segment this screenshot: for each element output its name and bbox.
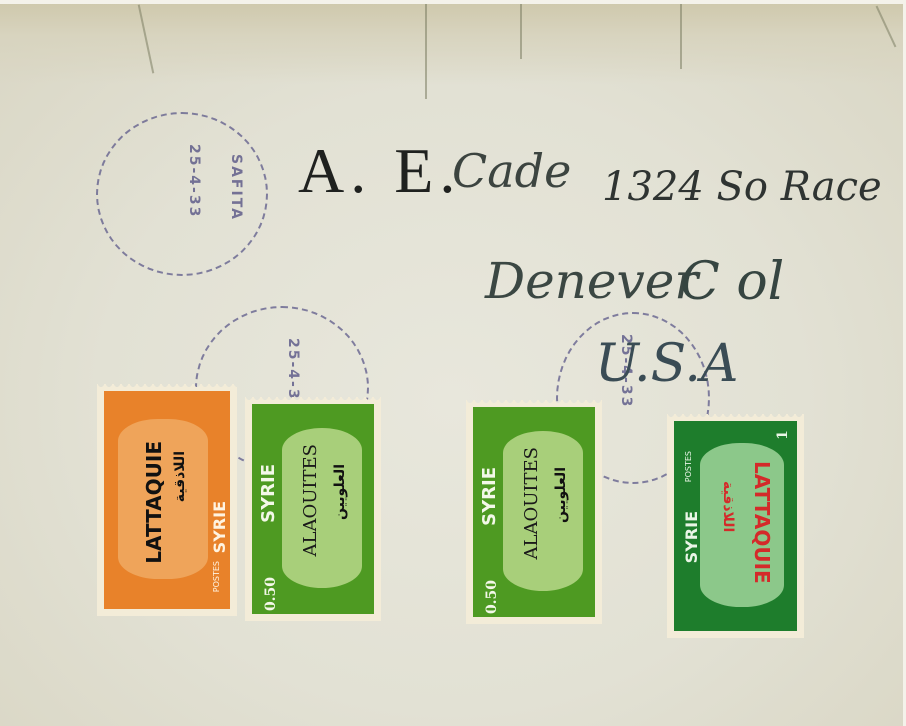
- stamp-alaouites-green: SYRIE ALAOUITES العلويين 0.50: [245, 397, 381, 621]
- stamp-vignette: [503, 431, 583, 591]
- postmark: SAFITA 25-4-33: [96, 112, 268, 276]
- stamp-frame: SYRIE POSTES LATTAQUIE اللاذقية: [104, 391, 230, 609]
- stamp-vignette: [282, 428, 362, 588]
- top-stain: [0, 4, 903, 84]
- stamp-country: SYRIE: [210, 501, 229, 553]
- stamp-overprint-arabic: اللاذقية: [172, 451, 188, 502]
- address-country: U.S.A: [595, 334, 738, 394]
- crease: [425, 4, 427, 99]
- stamp-country: SYRIE: [682, 511, 701, 563]
- crease: [520, 4, 522, 59]
- address-city: Denever: [485, 252, 698, 310]
- stamp-value: 1: [775, 430, 791, 440]
- stamp-overprint: LATTAQUIE: [142, 441, 166, 564]
- stamp-overprint-arabic: العلويين: [553, 467, 569, 523]
- postmark-date: 25-4-33: [186, 144, 202, 218]
- stamp-lattaquie-orange: SYRIE POSTES LATTAQUIE اللاذقية: [97, 384, 237, 616]
- address-name: Cade: [452, 144, 571, 198]
- stamp-frame: SYRIE POSTES LATTAQUIE اللاذقية 1: [674, 421, 797, 631]
- stamp-alaouites-green: SYRIE ALAOUITES العلويين 0.50: [466, 400, 602, 624]
- address-initials: A. E.: [298, 134, 461, 208]
- stamp-country: SYRIE: [479, 467, 500, 526]
- address-state: C ol: [680, 252, 784, 312]
- stamp-country: SYRIE: [258, 464, 279, 523]
- stamp-value: 0.50: [484, 580, 500, 614]
- stamp-overprint: ALAOUITES: [300, 444, 321, 556]
- postmark-town: SAFITA: [228, 154, 244, 221]
- crease: [680, 4, 682, 69]
- envelope: SAFITA 25-4-33 25-4-33 25-4-33 A. E. Cad…: [0, 4, 903, 726]
- stamp-overprint: LATTAQUIE: [750, 461, 774, 584]
- stamp-frame: SYRIE ALAOUITES العلويين 0.50: [473, 407, 595, 617]
- stamp-frame: SYRIE ALAOUITES العلويين 0.50: [252, 404, 374, 614]
- stamp-lattaquie-green: SYRIE POSTES LATTAQUIE اللاذقية 1: [667, 414, 804, 638]
- stamp-overprint: ALAOUITES: [521, 447, 542, 559]
- stamp-value: 0.50: [263, 577, 279, 611]
- stamp-overprint-arabic: اللاذقية: [720, 481, 736, 532]
- address-street: 1324 So Race: [602, 164, 882, 210]
- stamp-posts: POSTES: [212, 561, 221, 592]
- stamp-posts: POSTES: [684, 451, 693, 482]
- stamp-overprint-arabic: العلويين: [332, 464, 348, 520]
